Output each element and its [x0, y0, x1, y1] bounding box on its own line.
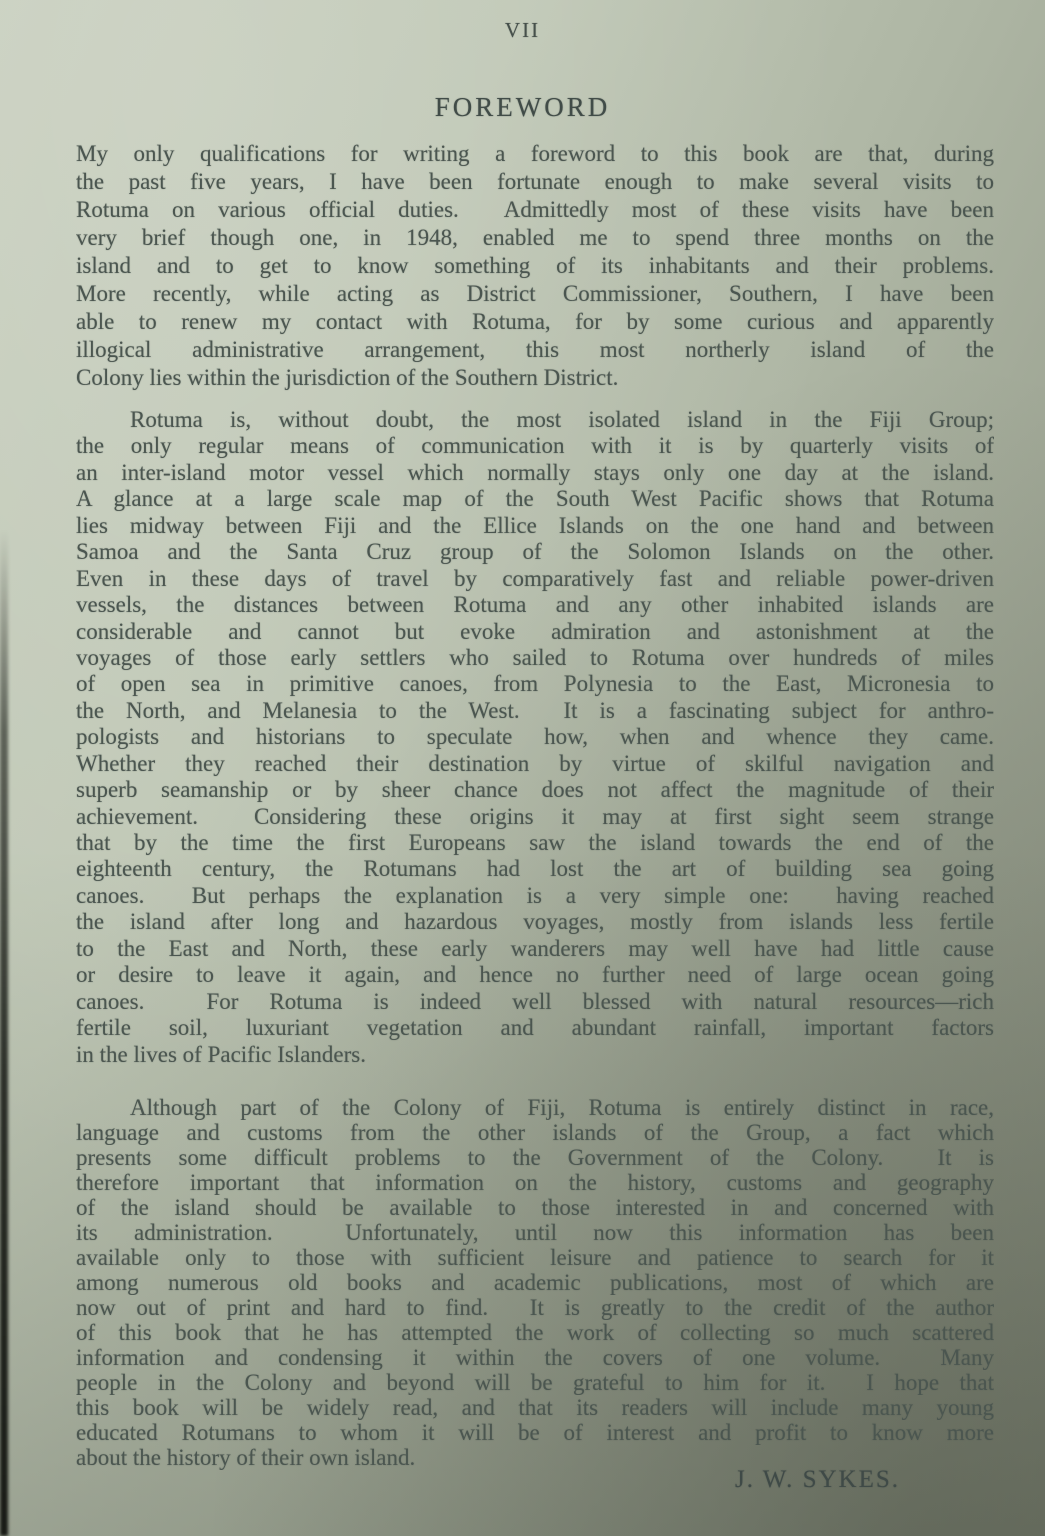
text-line: its administration. Unfortunately, until… — [76, 1220, 994, 1245]
text-line: A glance at a large scale map of the Sou… — [76, 486, 994, 512]
text-line: Samoa and the Santa Cruz group of the So… — [76, 539, 994, 565]
text-line: people in the Colony and beyond will be … — [76, 1370, 994, 1395]
text-line: the only regular means of communication … — [76, 433, 994, 459]
text-line: pologists and historians to speculate ho… — [76, 724, 994, 750]
paragraph: Although part of the Colony of Fiji, Rot… — [76, 1095, 994, 1470]
text-line: eighteenth century, the Rotumans had los… — [76, 856, 994, 882]
text-line: available only to those with sufficient … — [76, 1245, 994, 1270]
text-line: presents some difficult problems to the … — [76, 1145, 994, 1170]
text-line: illogical administrative arrangement, th… — [76, 336, 994, 364]
text-line: an inter-island motor vessel which norma… — [76, 460, 994, 486]
text-line: educated Rotumans to whom it will be of … — [76, 1420, 994, 1445]
signature: J. W. SYKES. — [735, 1466, 900, 1494]
body-text: My only qualifications for writing a for… — [76, 140, 994, 1470]
text-line: now out of print and hard to find. It is… — [76, 1295, 994, 1320]
text-line: to the East and North, these early wande… — [76, 936, 994, 962]
text-line: superb seamanship or by sheer chance doe… — [76, 777, 994, 803]
text-line: considerable and cannot but evoke admira… — [76, 619, 994, 645]
text-line: voyages of those early settlers who sail… — [76, 645, 994, 671]
text-line: the past five years, I have been fortuna… — [76, 168, 994, 196]
text-line: Whether they reached their destination b… — [76, 751, 994, 777]
text-line: Even in these days of travel by comparat… — [76, 566, 994, 592]
text-line: lies midway between Fiji and the Ellice … — [76, 513, 994, 539]
text-line: achievement. Considering these origins i… — [76, 804, 994, 830]
text-line: More recently, while acting as District … — [76, 280, 994, 308]
text-line: therefore important that information on … — [76, 1170, 994, 1195]
page-title: FOREWORD — [0, 92, 1045, 123]
page-gutter-shadow — [0, 530, 8, 1536]
text-line: of this book that he has attempted the w… — [76, 1320, 994, 1345]
text-line: canoes. For Rotuma is indeed well blesse… — [76, 989, 994, 1015]
paragraph: My only qualifications for writing a for… — [76, 140, 994, 392]
text-line: vessels, the distances between Rotuma an… — [76, 592, 994, 618]
text-line: able to renew my contact with Rotuma, fo… — [76, 308, 994, 336]
text-line: the North, and Melanesia to the West. It… — [76, 698, 994, 724]
book-page: VII FOREWORD My only qualifications for … — [0, 0, 1045, 1536]
text-line: that by the time the first Europeans saw… — [76, 830, 994, 856]
text-line: or desire to leave it again, and hence n… — [76, 962, 994, 988]
page-number: VII — [0, 18, 1045, 43]
text-line: Rotuma on various official duties. Admit… — [76, 196, 994, 224]
text-line: among numerous old books and academic pu… — [76, 1270, 994, 1295]
text-line: Although part of the Colony of Fiji, Rot… — [76, 1095, 994, 1120]
paragraph: Rotuma is, without doubt, the most isola… — [76, 407, 994, 1068]
text-line: language and customs from the other isla… — [76, 1120, 994, 1145]
text-line: in the lives of Pacific Islanders. — [76, 1042, 994, 1068]
text-line: information and condensing it within the… — [76, 1345, 994, 1370]
text-line: fertile soil, luxuriant vegetation and a… — [76, 1015, 994, 1041]
text-line: this book will be widely read, and that … — [76, 1395, 994, 1420]
text-line: Rotuma is, without doubt, the most isola… — [76, 407, 994, 433]
text-line: of the island should be available to tho… — [76, 1195, 994, 1220]
text-line: island and to get to know something of i… — [76, 252, 994, 280]
text-line: very brief though one, in 1948, enabled … — [76, 224, 994, 252]
text-line: canoes. But perhaps the explanation is a… — [76, 883, 994, 909]
text-line: Colony lies within the jurisdiction of t… — [76, 364, 994, 392]
text-line: of open sea in primitive canoes, from Po… — [76, 671, 994, 697]
text-line: My only qualifications for writing a for… — [76, 140, 994, 168]
text-line: the island after long and hazardous voya… — [76, 909, 994, 935]
